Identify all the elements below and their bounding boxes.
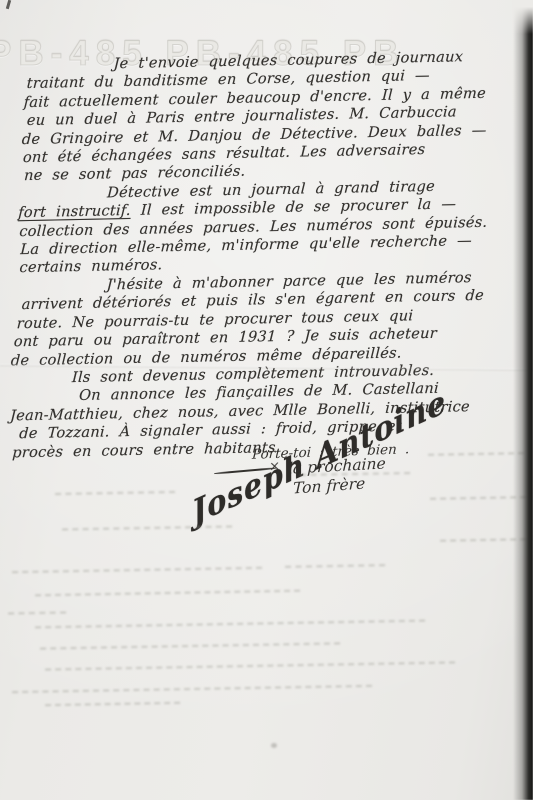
bleedthrough-line bbox=[285, 555, 385, 568]
ink-speck bbox=[6, 0, 11, 9]
bleedthrough-line bbox=[12, 676, 372, 693]
bleedthrough-line bbox=[300, 463, 410, 476]
bleedthrough-line bbox=[35, 611, 425, 629]
underlined-phrase: fort instructif. bbox=[18, 202, 132, 221]
scan-edge-fade bbox=[513, 0, 533, 34]
bleedthrough-line bbox=[55, 482, 175, 495]
paper-spot bbox=[271, 743, 277, 748]
bleedthrough-line bbox=[40, 633, 340, 649]
scan-edge-shadow bbox=[513, 0, 533, 800]
bleedthrough-line bbox=[430, 487, 526, 500]
bleedthrough-line bbox=[35, 581, 300, 597]
bleedthrough-line bbox=[45, 693, 180, 706]
letter-lines: Je t'envoie quelques coupures de journau… bbox=[6, 47, 524, 462]
bleedthrough-line bbox=[428, 443, 524, 456]
bleedthrough-line bbox=[12, 558, 262, 573]
scanned-letter-page: PB-485 PB-485 PB Je t'envoie quelques co… bbox=[0, 0, 533, 800]
bleedthrough-line bbox=[62, 517, 232, 531]
bleedthrough-line bbox=[8, 602, 66, 614]
bleedthrough-line bbox=[45, 652, 455, 670]
